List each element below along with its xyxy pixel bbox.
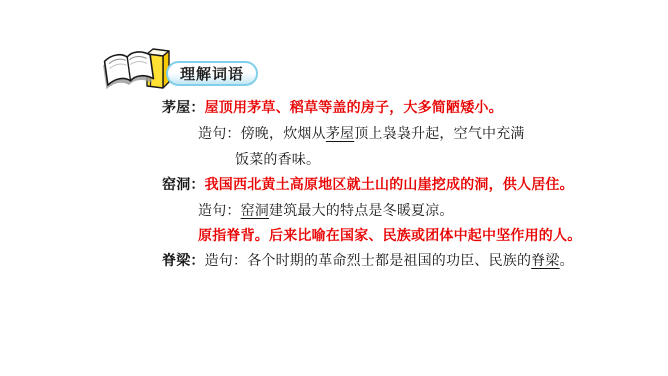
sentence-text: 造句：各个时期的革命烈士都是祖国的功臣、民族的 bbox=[205, 254, 532, 269]
definition-line-yaodong: 窑洞：我国西北黄土高原地区就土山的山崖挖成的洞，供人居住。 bbox=[162, 177, 574, 195]
definition-jiliang: 原指脊背。后来比喻在国家、民族或团体中起中坚作用的人。 bbox=[198, 229, 581, 244]
term-maowu: 茅屋： bbox=[162, 101, 205, 116]
section-title-badge: 理解词语 bbox=[166, 61, 258, 86]
presentation-slide: 理解词语 茅屋：屋顶用茅草、稻草等盖的房子，大多简陋矮小。 造句：傍晚，炊烟从茅… bbox=[0, 0, 668, 376]
sentence-text: 造句：傍晚，炊烟从 bbox=[198, 127, 326, 142]
open-book-pages bbox=[102, 50, 154, 89]
term-jiliang: 脊梁： bbox=[162, 254, 205, 269]
definition-yaodong: 我国西北黄土高原地区就土山的山崖挖成的洞，供人居住。 bbox=[205, 178, 574, 193]
sentence-text: 顶上袅袅升起，空气中充满 bbox=[354, 127, 524, 142]
underlined-word-jiliang: 脊梁 bbox=[531, 254, 559, 269]
sentence-text: 饭菜的香味。 bbox=[235, 153, 320, 168]
definition-maowu: 屋顶用茅草、稻草等盖的房子，大多简陋矮小。 bbox=[205, 101, 503, 116]
sentence-line-jiliang: 脊梁：造句：各个时期的革命烈士都是祖国的功臣、民族的脊梁。 bbox=[162, 253, 574, 271]
underlined-word-yaodong: 窑洞 bbox=[241, 204, 269, 219]
sentence-text: 建筑最大的特点是冬暖夏凉。 bbox=[269, 204, 454, 219]
sentence-line-maowu-2: 饭菜的香味。 bbox=[235, 152, 320, 170]
definition-line-maowu: 茅屋：屋顶用茅草、稻草等盖的房子，大多简陋矮小。 bbox=[162, 100, 503, 118]
sentence-text: 造句： bbox=[198, 204, 241, 219]
sentence-text: 。 bbox=[560, 254, 574, 269]
underlined-word-maowu: 茅屋 bbox=[326, 127, 354, 142]
term-yaodong: 窑洞： bbox=[162, 178, 205, 193]
open-book-icon bbox=[102, 44, 174, 96]
sentence-line-yaodong: 造句：窑洞建筑最大的特点是冬暖夏凉。 bbox=[198, 203, 454, 221]
sentence-line-maowu-1: 造句：傍晚，炊烟从茅屋顶上袅袅升起，空气中充满 bbox=[198, 126, 525, 144]
section-title: 理解词语 bbox=[180, 63, 244, 84]
definition-line-jiliang: 原指脊背。后来比喻在国家、民族或团体中起中坚作用的人。 bbox=[198, 228, 581, 246]
